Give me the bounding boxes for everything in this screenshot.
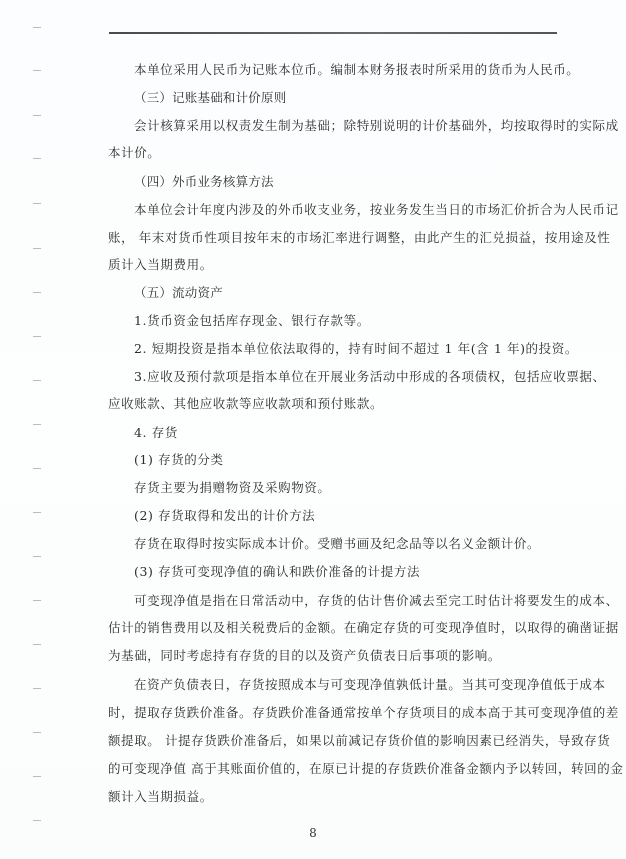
text-line: 可变现净值是指在日常活动中，存货的估计售价减去至完工时估计将要发生的成本、	[134, 593, 558, 609]
page-number: 8	[0, 826, 626, 840]
section-heading: （五）流动资产	[134, 285, 558, 301]
text-line: 存货主要为捐赠物资及采购物资。	[134, 480, 558, 496]
margin-tick	[33, 688, 41, 689]
text-line: 存货在取得时按实际成本计价。受赠书画及纪念品等以名义金额计价。	[134, 536, 558, 552]
text-line: 本单位采用人民币为记账本位币。编制本财务报表时所采用的货币为人民币。	[134, 62, 558, 78]
margin-tick	[33, 556, 41, 557]
text-line: 本计价。	[108, 145, 558, 161]
text-line: (1) 存货的分类	[134, 452, 558, 468]
text-line: 4. 存货	[134, 425, 558, 441]
margin-tick	[33, 776, 41, 777]
margin-tick	[33, 70, 41, 71]
text-line: 的可变现净值 高于其账面价值的，在原已计提的存货跌价准备金额内予以转回，转回的金	[108, 761, 558, 777]
text-line: 1.货币资金包括库存现金、银行存款等。	[134, 313, 558, 329]
text-line: 本单位会计年度内涉及的外币收支业务，按业务发生当日的市场汇价折合为人民币记	[134, 202, 558, 218]
text-line: 2. 短期投资是指本单位依法取得的，持有时间不超过 1 年(含 1 年)的投资。	[134, 341, 558, 357]
margin-tick	[33, 115, 41, 116]
margin-tick	[33, 424, 41, 425]
text-line: 估计的销售费用以及相关税费后的金额。在确定存货的可变现净值时，以取得的确凿证据	[108, 620, 558, 636]
text-line: 3.应收及预付款项是指本单位在开展业务活动中形成的各项债权，包括应收票据、	[134, 369, 558, 385]
text-line: (3) 存货可变现净值的确认和跌价准备的计提方法	[134, 564, 558, 580]
text-line: 质计入当期费用。	[108, 257, 558, 273]
margin-tick	[33, 644, 41, 645]
margin-tick	[33, 380, 41, 381]
margin-tick	[33, 27, 41, 28]
text-line: 应收账款、其他应收款等应收款项和预付账款。	[108, 396, 558, 412]
text-line: 账， 年末对货币性项目按年末的市场汇率进行调整，由此产生的汇兑损益，按用途及性	[108, 230, 558, 246]
margin-tick	[33, 512, 41, 513]
section-heading: （三）记账基础和计价原则	[134, 90, 558, 106]
text-line: (2) 存货取得和发出的计价方法	[134, 508, 558, 524]
text-line: 会计核算采用以权责发生制为基础；除特别说明的计价基础外，均按取得时的实际成	[134, 118, 558, 134]
text-line: 在资产负债表日，存货按照成本与可变现净值孰低计量。当其可变现净值低于成本	[134, 677, 558, 693]
margin-tick	[33, 468, 41, 469]
text-line: 额提取。 计提存货跌价准备后，如果以前减记存货价值的影响因素已经消失，导致存货	[108, 733, 558, 749]
margin-tick	[33, 248, 41, 249]
margin-tick	[33, 732, 41, 733]
text-line: 为基础，同时考虑持有存货的目的以及资产负债表日后事项的影响。	[108, 648, 558, 664]
margin-tick	[33, 292, 41, 293]
text-line: 时，提取存货跌价准备。存货跌价准备通常按单个存货项目的成本高于其可变现净值的差	[108, 705, 558, 721]
header-rule	[109, 32, 557, 34]
margin-tick	[33, 336, 41, 337]
margin-tick	[33, 600, 41, 601]
text-line: 额计入当期损益。	[108, 789, 558, 805]
document-page: 本单位采用人民币为记账本位币。编制本财务报表时所采用的货币为人民币。（三）记账基…	[0, 0, 626, 859]
margin-tick	[33, 820, 41, 821]
margin-tick	[33, 158, 41, 159]
margin-tick	[33, 203, 41, 204]
section-heading: （四）外币业务核算方法	[134, 174, 558, 190]
